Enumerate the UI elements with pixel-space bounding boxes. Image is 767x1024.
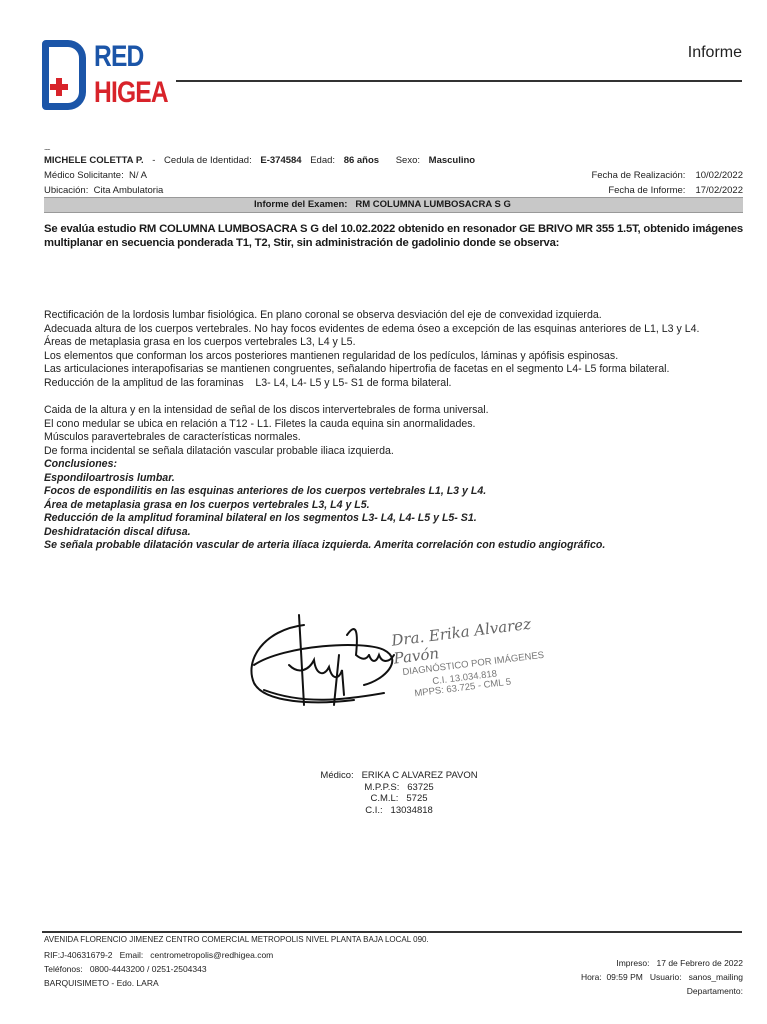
finding: Músculos paravertebrales de característi…	[44, 431, 754, 445]
footer-contact: AVENIDA FLORENCIO JIMENEZ CENTRO COMERCI…	[44, 935, 464, 990]
id-value: E-374584	[260, 155, 301, 166]
conclusion-item: Se señala probable dilatación vascular d…	[44, 539, 754, 553]
report-date-value: 17/02/2022	[695, 185, 743, 196]
doctor-stamp: Dra. Erika Alvarez Pavón DIAGNÓSTICO POR…	[392, 622, 552, 697]
conclusion-item: Focos de espondilitis en las esquinas an…	[44, 485, 754, 499]
separator: -	[152, 155, 155, 166]
document-title: Informe	[688, 44, 742, 62]
conclusion-item: Área de metaplasia grasa en los cuerpos …	[44, 499, 754, 513]
sex-label: Sexo:	[396, 155, 420, 166]
footer-print-info: Impreso: 17 de Febrero de 2022 Hora: 09:…	[581, 956, 743, 998]
finding: Reducción de la amplitud de las foramina…	[44, 377, 754, 391]
conclusions-title: Conclusiones:	[44, 458, 754, 472]
location-label: Ubicación:	[44, 185, 88, 196]
realization-date-value: 10/02/2022	[695, 170, 743, 181]
exam-value: RM COLUMNA LUMBOSACRA S G	[355, 199, 511, 210]
department: Departamento:	[581, 984, 743, 998]
red-higea-logo: RED HIGEA	[42, 40, 177, 118]
medical-cross-icon	[50, 78, 68, 96]
requesting-doctor-row: Médico Solicitante: N/ A	[44, 168, 147, 183]
finding: El cono medular se ubica en relación a T…	[44, 418, 754, 432]
location-value: Cita Ambulatoria	[94, 185, 164, 196]
sex-value: Masculino	[429, 155, 475, 166]
signing-doctor-block: Médico: ERIKA C ALVAREZ PAVON M.P.P.S: 6…	[284, 770, 514, 816]
mpps-value: 63725	[407, 782, 433, 793]
realization-date-label: Fecha de Realización:	[591, 168, 685, 183]
report-date-label: Fecha de Informe:	[608, 183, 685, 198]
finding: Rectificación de la lordosis lumbar fisi…	[44, 309, 754, 323]
finding: Los elementos que conforman los arcos po…	[44, 350, 754, 364]
ci-value: 13034818	[391, 805, 433, 816]
logo-text-red: RED	[94, 40, 143, 74]
header-divider	[176, 80, 742, 82]
cml-value: 5725	[406, 793, 427, 804]
ci-label: C.I.:	[365, 805, 382, 816]
mpps-label: M.P.P.S:	[364, 782, 399, 793]
footer-divider	[42, 931, 742, 933]
conclusion-item: Espondiloartrosis lumbar.	[44, 472, 754, 486]
logo-text-higea: HIGEA	[94, 76, 168, 110]
cml-label: C.M.L:	[370, 793, 398, 804]
doctor-name: ERIKA C ALVAREZ PAVON	[362, 770, 478, 781]
footer-rif-email: RIF:J-40631679-2 Email: centrometropolis…	[44, 948, 464, 962]
study-intro: Se evalúa estudio RM COLUMNA LUMBOSACRA …	[44, 222, 744, 250]
finding: Adecuada altura de los cuerpos vertebral…	[44, 323, 724, 350]
conclusion-item: Reducción de la amplitud foraminal bilat…	[44, 512, 754, 526]
requesting-doctor-value: N/ A	[129, 170, 147, 181]
exam-header-bar: Informe del Examen: RM COLUMNA LUMBOSACR…	[44, 197, 743, 213]
exam-label: Informe del Examen:	[254, 199, 347, 210]
printed-date: Impreso: 17 de Febrero de 2022	[581, 956, 743, 970]
age-label: Edad:	[310, 155, 335, 166]
finding: De forma incidental se señala dilatación…	[44, 445, 754, 459]
doctor-label: Médico:	[320, 770, 353, 781]
requesting-doctor-label: Médico Solicitante:	[44, 170, 124, 181]
header-dots: ......	[44, 145, 50, 152]
patient-name: MICHELE COLETTA P.	[44, 155, 144, 166]
footer-address: AVENIDA FLORENCIO JIMENEZ CENTRO COMERCI…	[44, 935, 464, 945]
finding: Caida de la altura y en la intensidad de…	[44, 404, 754, 418]
dates-block: Fecha de Realización:10/02/2022 Fecha de…	[591, 168, 743, 198]
footer-city: BARQUISIMETO - Edo. LARA	[44, 976, 464, 990]
id-label: Cedula de Identidad:	[164, 155, 252, 166]
print-time-user: Hora: 09:59 PM Usuario: sanos_mailing	[581, 970, 743, 984]
patient-row: MICHELE COLETTA P. - Cedula de Identidad…	[44, 153, 475, 168]
logo-frame-icon	[42, 40, 86, 110]
age-value: 86 años	[344, 155, 379, 166]
conclusion-item: Deshidratación discal difusa.	[44, 526, 754, 540]
finding: Las articulaciones interapofisarias se m…	[44, 363, 724, 377]
findings-section: Rectificación de la lordosis lumbar fisi…	[44, 309, 754, 553]
location-row: Ubicación: Cita Ambulatoria	[44, 183, 163, 198]
footer-phones: Teléfonos: 0800-4443200 / 0251-2504343	[44, 962, 464, 976]
